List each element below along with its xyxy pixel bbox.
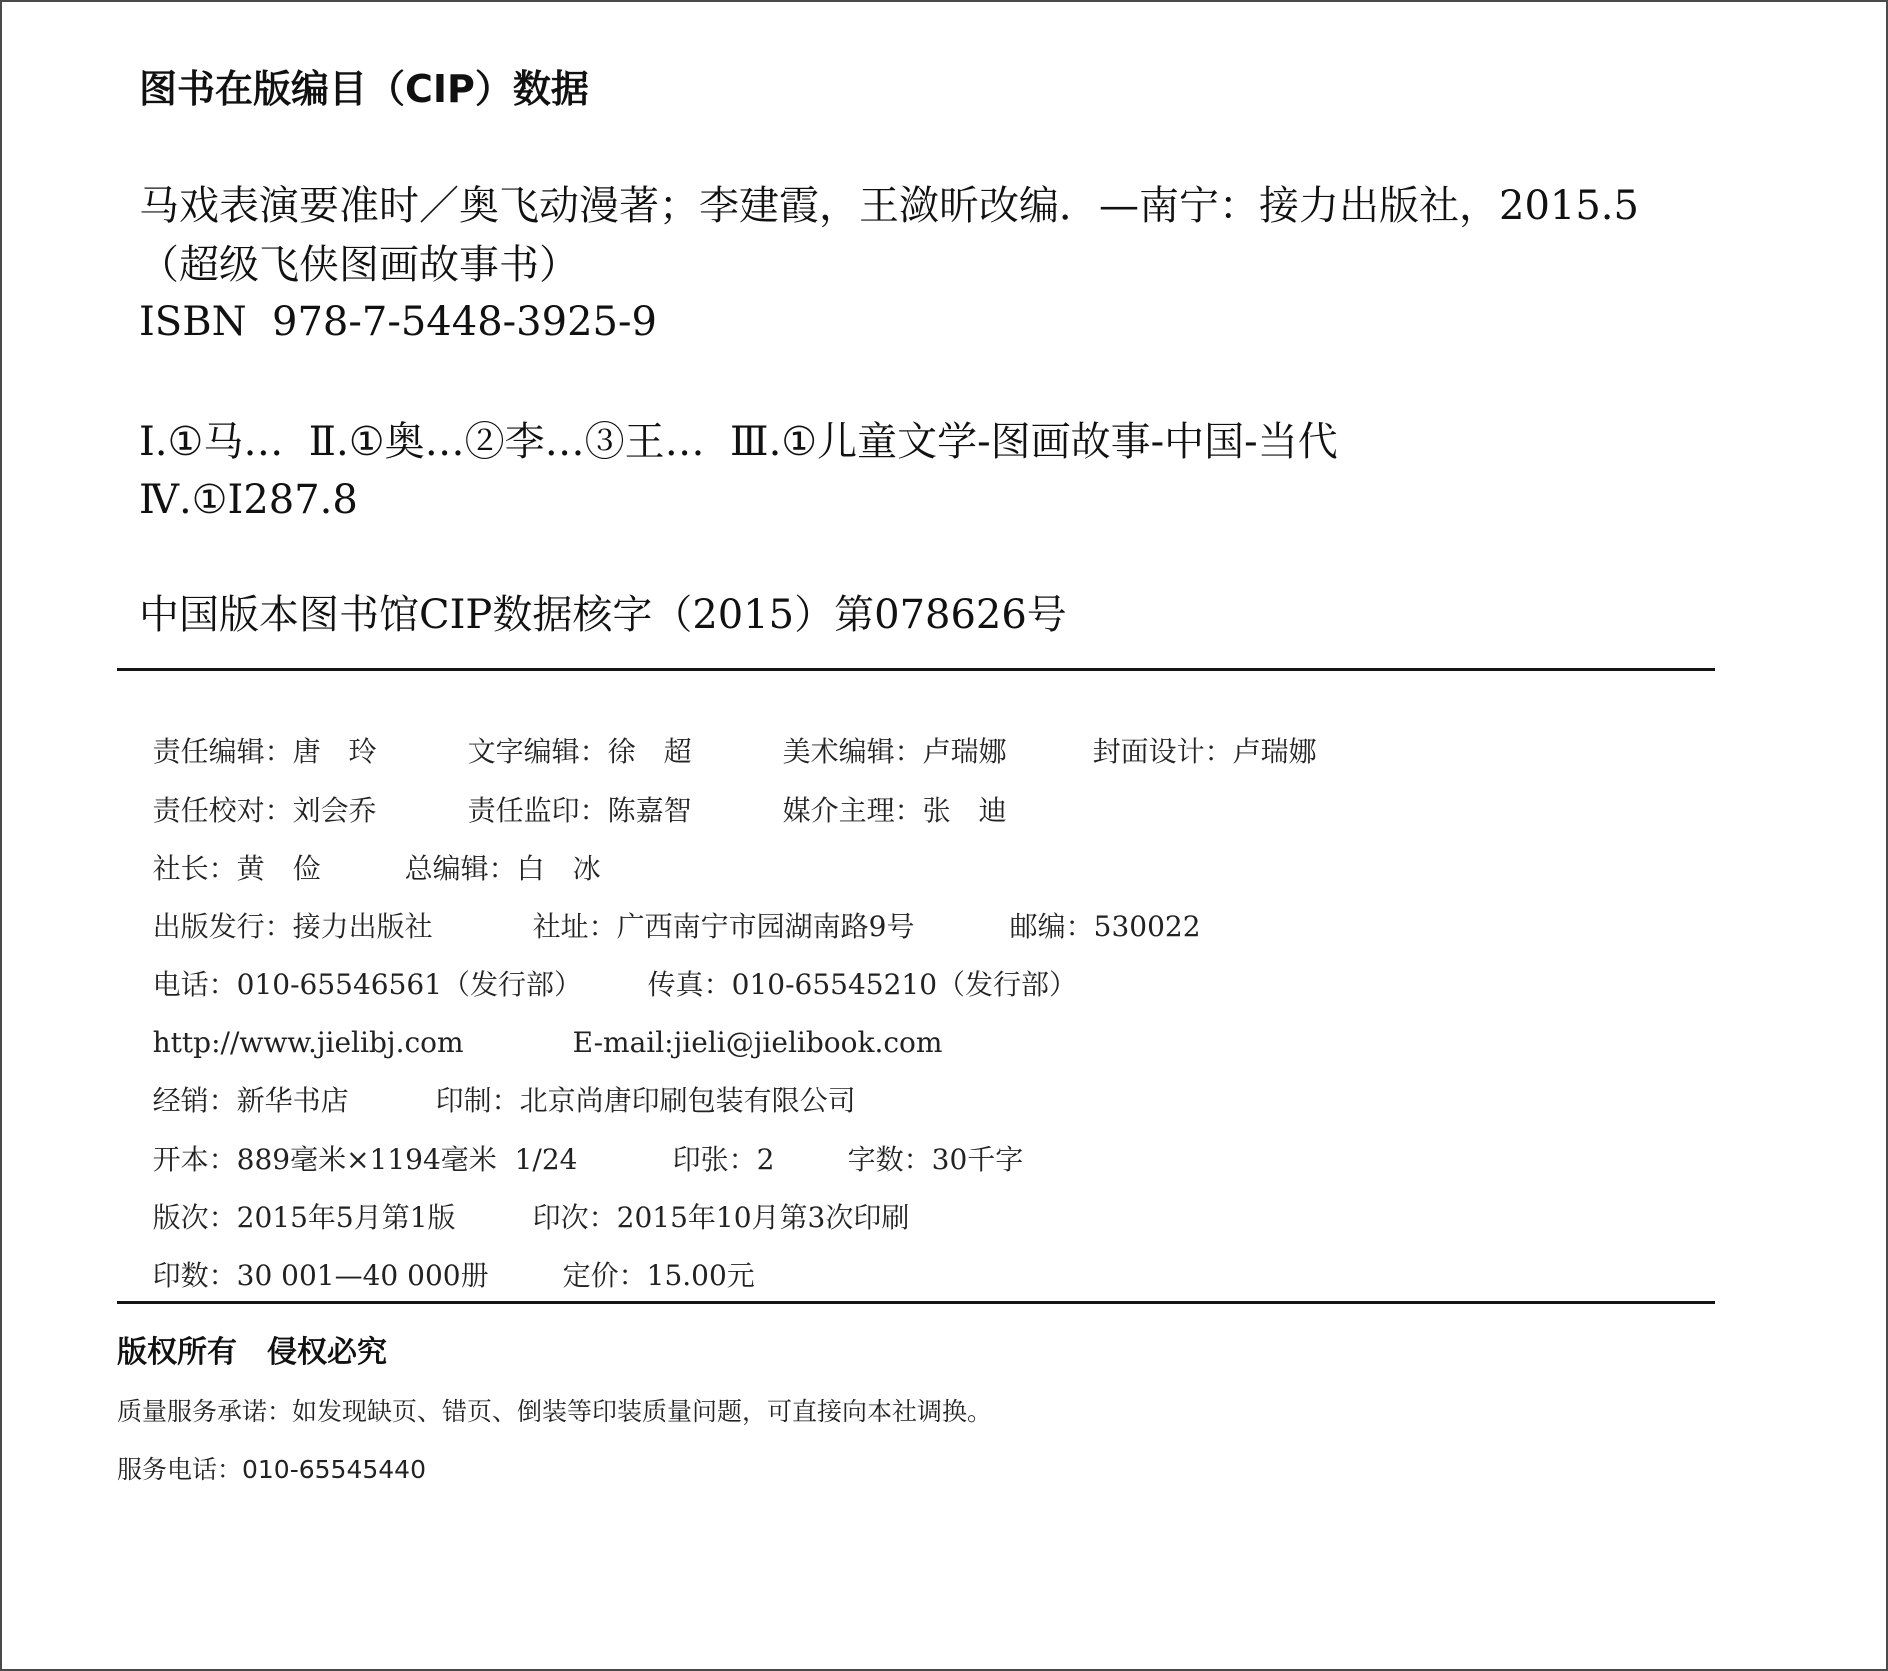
publisher-website: http://www.jielibj.com (153, 1029, 573, 1057)
email-address: jieli@jielibook.com (674, 1026, 943, 1059)
cip-isbn-line: ISBN 978-7-5448-3925-9 (139, 302, 657, 342)
credit-label: 电话： (153, 968, 237, 1001)
credit-edition: 版次：2015年5月第1版 (153, 1204, 533, 1232)
credit-responsible-editor: 责任编辑：唐 玲 (153, 738, 468, 766)
credit-label: 封面设计： (1093, 735, 1233, 768)
credit-phone: 电话：010-65546561（发行部） (153, 971, 648, 999)
copyright-page: 图书在版编目（CIP）数据 马戏表演要准时／奥飞动漫著；李建霞，王潋昕改编．—南… (0, 0, 1888, 1671)
credit-format: 开本：889毫米×1194毫米 1/24 (153, 1146, 673, 1174)
credit-value: 530022 (1094, 910, 1201, 943)
credit-cover-design: 封面设计：卢瑞娜 (1093, 738, 1317, 766)
quality-promise: 质量服务承诺：如发现缺页、错页、倒装等印装质量问题，可直接向本社调换。 (117, 1399, 992, 1424)
credit-label: 责任监印： (468, 794, 608, 827)
credit-label: 印次： (533, 1201, 617, 1234)
credit-label: 总编辑： (405, 852, 517, 885)
cip-series-line: （超级飞侠图画故事书） (139, 245, 579, 285)
credit-value: 白 冰 (517, 852, 601, 885)
credit-value: 2015年10月第3次印刷 (617, 1201, 910, 1234)
credit-label: 媒介主理： (783, 794, 923, 827)
credit-value: 卢瑞娜 (1233, 735, 1317, 768)
credit-label: 印制： (436, 1084, 520, 1117)
credit-postcode: 邮编：530022 (1010, 913, 1201, 941)
credit-value: 陈嘉智 (608, 794, 692, 827)
credit-value: 刘会乔 (293, 794, 377, 827)
credit-value: 2015年5月第1版 (237, 1201, 456, 1234)
credit-value: 唐 玲 (293, 735, 377, 768)
credit-label: 定价： (563, 1259, 647, 1292)
credit-word-count: 字数：30千字 (848, 1146, 1024, 1174)
credit-fax: 传真：010-65545210（发行部） (648, 971, 1077, 999)
service-phone: 服务电话：010-65545440 (117, 1457, 426, 1482)
cip-heading: 图书在版编目（CIP）数据 (139, 70, 589, 108)
credit-value: 010-65546561（发行部） (237, 968, 582, 1001)
divider-bottom (117, 1301, 1715, 1304)
website-url: http://www.jielibj.com (153, 1026, 464, 1059)
credit-sheets: 印张：2 (673, 1146, 848, 1174)
credit-proofreader: 责任校对：刘会乔 (153, 797, 468, 825)
credit-label: 美术编辑： (783, 735, 923, 768)
cip-subject-line-2: Ⅳ.①I287.8 (139, 480, 358, 520)
credit-print-run: 印数：30 001—40 000册 (153, 1262, 563, 1290)
credit-distributor: 经销：新华书店 (153, 1087, 436, 1115)
credit-text-editor: 文字编辑：徐 超 (468, 738, 783, 766)
credit-label: 文字编辑： (468, 735, 608, 768)
credit-value: 15.00元 (647, 1259, 755, 1292)
credit-media-manager: 媒介主理：张 迪 (783, 797, 1007, 825)
credit-print-supervisor: 责任监印：陈嘉智 (468, 797, 783, 825)
credit-label: 字数： (848, 1143, 932, 1176)
credit-impression: 印次：2015年10月第3次印刷 (533, 1204, 910, 1232)
credit-value: 张 迪 (923, 794, 1007, 827)
credit-label: 开本： (153, 1143, 237, 1176)
credit-label: 社长： (153, 852, 237, 885)
credit-publisher: 出版发行：接力出版社 (153, 913, 533, 941)
credit-value: 889毫米×1194毫米 1/24 (237, 1143, 578, 1176)
credit-label: 经销： (153, 1084, 237, 1117)
rights-title: 版权所有 侵权必究 (117, 1338, 387, 1368)
credit-printer: 印制：北京尚唐印刷包装有限公司 (436, 1087, 856, 1115)
credit-label: E-mail: (573, 1026, 674, 1059)
cip-title-line: 马戏表演要准时／奥飞动漫著；李建霞，王潋昕改编．—南宁：接力出版社，2015.5 (139, 186, 1639, 226)
divider-top (117, 668, 1715, 671)
credit-address: 社址：广西南宁市园湖南路9号 (533, 913, 1010, 941)
credit-value: 2 (757, 1143, 775, 1176)
credit-value: 徐 超 (608, 735, 692, 768)
credit-label: 邮编： (1010, 910, 1094, 943)
credit-value: 新华书店 (237, 1084, 349, 1117)
credit-value: 30千字 (932, 1143, 1024, 1176)
credit-label: 传真： (648, 968, 732, 1001)
credit-label: 责任校对： (153, 794, 293, 827)
credit-label: 版次： (153, 1201, 237, 1234)
credit-label: 社址： (533, 910, 617, 943)
cip-subject-line-1: Ⅰ.①马… Ⅱ.①奥…②李…③王… Ⅲ.①儿童文学-图画故事-中国-当代 (139, 422, 1338, 462)
credit-value: 黄 俭 (237, 852, 321, 885)
credit-chief-editor: 总编辑：白 冰 (405, 855, 601, 883)
publisher-email: E-mail:jieli@jielibook.com (573, 1029, 943, 1057)
credit-value: 北京尚唐印刷包装有限公司 (520, 1084, 856, 1117)
cip-verification-line: 中国版本图书馆CIP数据核字（2015）第078626号 (139, 595, 1067, 635)
credit-label: 印数： (153, 1259, 237, 1292)
credit-value: 广西南宁市园湖南路9号 (617, 910, 915, 943)
credit-value: 010-65545210（发行部） (732, 968, 1077, 1001)
credits-row-10: 印数：30 001—40 000册定价：15.00元 (117, 1234, 755, 1318)
credit-label: 出版发行： (153, 910, 293, 943)
credit-art-editor: 美术编辑：卢瑞娜 (783, 738, 1093, 766)
credit-price: 定价：15.00元 (563, 1262, 755, 1290)
credit-label: 责任编辑： (153, 735, 293, 768)
credit-value: 接力出版社 (293, 910, 433, 943)
credit-president: 社长：黄 俭 (153, 855, 405, 883)
credit-value: 30 001—40 000册 (237, 1259, 489, 1292)
credit-value: 卢瑞娜 (923, 735, 1007, 768)
credit-label: 印张： (673, 1143, 757, 1176)
